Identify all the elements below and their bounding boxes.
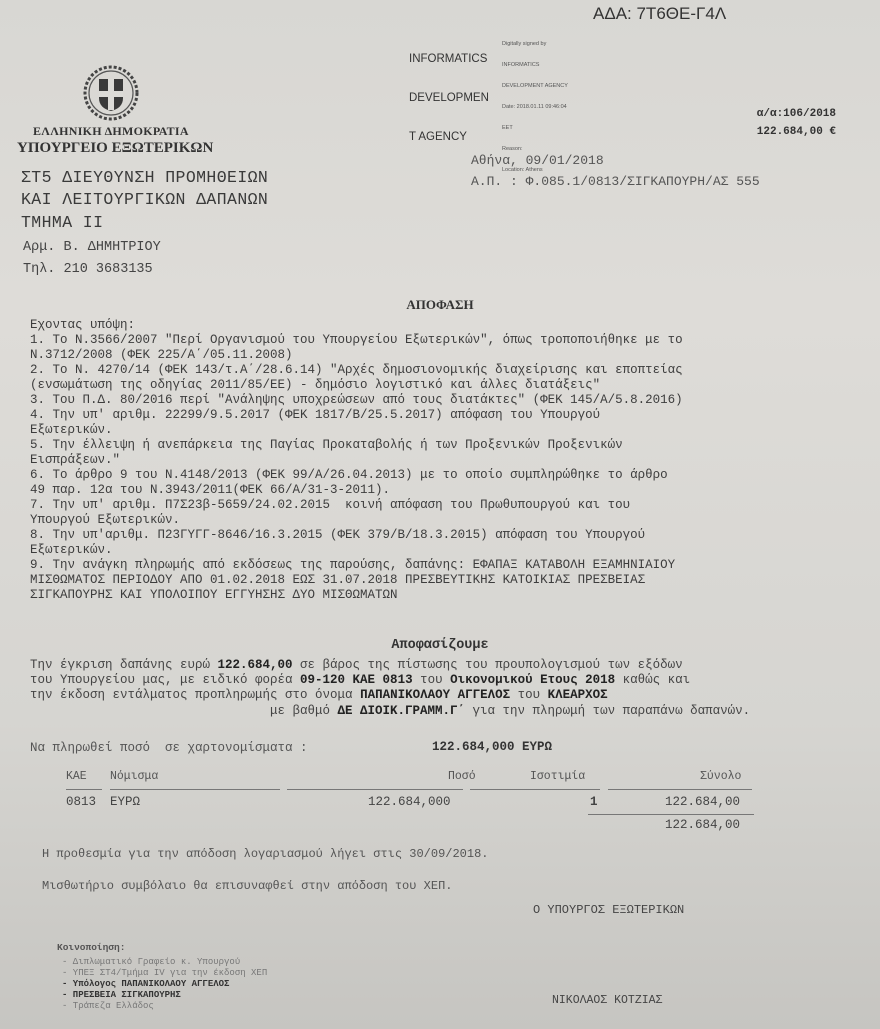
place-date: Αθήνα, 09/01/2018 bbox=[471, 153, 604, 168]
contract-note: Μισθωτήριο συμβόλαιο θα επισυναφθεί στην… bbox=[42, 879, 452, 893]
grand-total: 122.684,00 bbox=[665, 818, 740, 832]
consideration-line: 49 παρ. 12α του Ν.3943/2011(ΦΕΚ 66/Α/31-… bbox=[30, 483, 683, 498]
consideration-line: Εξωτερικών. bbox=[30, 423, 683, 438]
signature-meta-line: DEVELOPMENT AGENCY bbox=[502, 83, 568, 90]
consideration-line: 6. Το άρθρο 9 του Ν.4148/2013 (ΦΕΚ 99/Α/… bbox=[30, 468, 683, 483]
cell-total: 122.684,00 bbox=[665, 795, 740, 809]
consideration-line: ΜΙΣΘΩΜΑΤΟΣ ΠΕΡΙΟΔΟΥ ΑΠΟ 01.02.2018 ΕΩΣ 3… bbox=[30, 573, 683, 588]
consideration-line: 2. Το Ν. 4270/14 (ΦΕΚ 143/τ.Α΄/28.6.14) … bbox=[30, 363, 683, 378]
approved-amount: 122.684,00 bbox=[218, 658, 293, 672]
header-divider bbox=[66, 789, 102, 790]
cc-list: - Διπλωματικό Γραφείο κ. Υπουργού- ΥΠΕΞ … bbox=[62, 957, 267, 1012]
budget-carrier: 09-120 ΚΑΕ 0813 bbox=[300, 673, 413, 687]
signer-line: INFORMATICS bbox=[409, 53, 489, 66]
cc-recipient: - Διπλωματικό Γραφείο κ. Υπουργού bbox=[62, 957, 267, 968]
signer-line: DEVELOPMEN bbox=[409, 92, 489, 105]
text: καθώς και bbox=[615, 673, 690, 687]
text: του Υπουργείου μας, με ειδικό φορέα bbox=[30, 673, 300, 687]
column-header-total: Σύνολο bbox=[700, 770, 741, 783]
resolution-title: Αποφασίζουμε bbox=[0, 638, 880, 653]
text: την έκδοση εντάλματος προπληρωμής στο όν… bbox=[30, 688, 360, 702]
cell-amount: 122.684,000 bbox=[368, 795, 451, 809]
cc-recipient: - Υπόλογος ΠΑΠΑΝΙΚΟΛΑΟΥ ΑΓΓΕΛΟΣ bbox=[62, 979, 267, 990]
cell-kae: 0813 bbox=[66, 795, 96, 809]
text: Την έγκριση δαπάνης ευρώ bbox=[30, 658, 218, 672]
ministry-name: ΥΠΟΥΡΓΕΙΟ ΕΞΩΤΕΡΙΚΩΝ bbox=[17, 140, 213, 157]
text: του bbox=[510, 688, 548, 702]
consideration-line: Ν.3712/2008 (ΦΕΚ 225/Α΄/05.11.2008) bbox=[30, 348, 683, 363]
cell-rate: 1 bbox=[590, 795, 598, 809]
signature-meta-line: Reason: bbox=[502, 146, 568, 153]
column-header-currency: Νόμισμα bbox=[110, 770, 158, 783]
column-header-rate: Ισοτιμία bbox=[530, 770, 585, 783]
header-divider bbox=[470, 789, 600, 790]
payee-name: ΠΑΠΑΝΙΚΟΛΑΟΥ ΑΓΓΕΛΟΣ bbox=[360, 688, 510, 702]
cc-title: Κοινοποίηση: bbox=[57, 942, 125, 953]
payment-amount: 122.684,000 ΕΥΡΩ bbox=[432, 740, 552, 754]
text: με βαθμό bbox=[270, 704, 338, 718]
signature-meta-line: Digitally signed by bbox=[502, 41, 568, 48]
header-divider bbox=[110, 789, 280, 790]
payee-father-name: ΚΛΕΑΡΧΟΣ bbox=[548, 688, 608, 702]
signature-meta-line: INFORMATICS bbox=[502, 62, 568, 69]
republic-name: ΕΛΛΗΝΙΚΗ ΔΗΜΟΚΡΑΤΙΑ bbox=[33, 124, 189, 139]
text: για την πληρωμή των παραπάνω δαπανών. bbox=[465, 704, 750, 718]
phone-number: Τηλ. 210 3683135 bbox=[23, 262, 153, 277]
consideration-line: Εισπράξεων." bbox=[30, 453, 683, 468]
payment-label: Να πληρωθεί ποσό σε χαρτονομίσματα : bbox=[30, 741, 308, 755]
considering-label: Εχοντας υπόψη: bbox=[30, 318, 135, 333]
cc-recipient: - Τράπεζα Ελλάδος bbox=[62, 1001, 267, 1012]
consideration-line: Υπουργού Εξωτερικών. bbox=[30, 513, 683, 528]
consideration-line: (ενσωμάτωση της οδηγίας 2011/85/ΕΕ) - δη… bbox=[30, 378, 683, 393]
consideration-line: ΣΙΓΚΑΠΟΥΡΗΣ ΚΑΙ ΥΠΟΛΟΙΠΟΥ ΕΓΓΥΗΣΗΣ ΔΥΟ Μ… bbox=[30, 588, 683, 603]
protocol-number: Α.Π. : Φ.085.1/0813/ΣΙΓΚΑΠΟΥΡΗ/ΑΣ 555 bbox=[471, 174, 760, 189]
decision-title: ΑΠΟΦΑΣΗ bbox=[0, 297, 880, 313]
signature-meta-line: EET bbox=[502, 125, 568, 132]
resolution-line: την έκδοση εντάλματος προπληρωμής στο όν… bbox=[30, 688, 608, 702]
responsible-officer: Αρμ. Β. ΔΗΜΗΤΡΙΟΥ bbox=[23, 240, 161, 255]
consideration-line: 3. Του Π.Δ. 80/2016 περί "Ανάληψης υποχρ… bbox=[30, 393, 683, 408]
resolution-line: με βαθμό ΔΕ ΔΙΟΙΚ.ΓΡΑΜΜ.Γ΄ για την πληρω… bbox=[270, 704, 750, 718]
resolution-line: Την έγκριση δαπάνης ευρώ 122.684,00 σε β… bbox=[30, 658, 683, 672]
consideration-line: 4. Την υπ' αριθμ. 22299/9.5.2017 (ΦΕΚ 18… bbox=[30, 408, 683, 423]
column-header-amount: Ποσό bbox=[448, 770, 476, 783]
fiscal-year: Οικονομικού Ετους 2018 bbox=[450, 673, 615, 687]
minister-name: ΝΙΚΟΛΑΟΣ ΚΟΤΖΙΑΣ bbox=[552, 994, 662, 1007]
ada-code: ΑΔΑ: 7Τ6ΘΕ-Γ4Λ bbox=[593, 4, 726, 24]
text: του bbox=[413, 673, 451, 687]
consideration-line: 8. Την υπ'αριθμ. Π23ΓΥΓΓ-8646/16.3.2015 … bbox=[30, 528, 683, 543]
consideration-line: 9. Την ανάγκη πληρωμής από εκδόσεως της … bbox=[30, 558, 683, 573]
minister-title: Ο ΥΠΟΥΡΓΟΣ ΕΞΩΤΕΡΙΚΩΝ bbox=[533, 903, 684, 917]
deadline-note: Η προθεσμία για την απόδοση λογαριασμού … bbox=[42, 847, 488, 861]
department-line: ΚΑΙ ΛΕΙΤΟΥΡΓΙΚΩΝ ΔΑΠΑΝΩΝ bbox=[21, 190, 268, 209]
department-line: ΤΜΗΜΑ ΙΙ bbox=[21, 213, 103, 232]
signature-meta-line: Location: Athens bbox=[502, 167, 568, 174]
header-divider bbox=[608, 789, 752, 790]
header-divider bbox=[287, 789, 463, 790]
header-amount: 122.684,00 € bbox=[757, 126, 836, 138]
department-line: ΣΤ5 ΔΙΕΥΘΥΝΣΗ ΠΡΟΜΗΘΕΙΩΝ bbox=[21, 168, 268, 187]
serial-number: α/α:106/2018 bbox=[757, 108, 836, 120]
digital-signer-name: INFORMATICS DEVELOPMEN T AGENCY bbox=[409, 27, 489, 157]
cc-recipient: - ΠΡΕΣΒΕΙΑ ΣΙΓΚΑΠΟΥΡΗΣ bbox=[62, 990, 267, 1001]
text: σε βάρος της πίστωσης του προυπολογισμού… bbox=[293, 658, 683, 672]
consideration-line: Εξωτερικών. bbox=[30, 543, 683, 558]
considerations-list: 1. Το Ν.3566/2007 "Περί Οργανισμού του Υ… bbox=[30, 333, 683, 603]
cell-currency: ΕΥΡΩ bbox=[110, 795, 140, 809]
signer-line: T AGENCY bbox=[409, 131, 489, 144]
payee-grade: ΔΕ ΔΙΟΙΚ.ΓΡΑΜΜ.Γ΄ bbox=[338, 704, 466, 718]
coat-of-arms-icon bbox=[82, 64, 140, 122]
cc-recipient: - ΥΠΕΞ ΣΤ4/Τμήμα IV για την έκδοση ΧΕΠ bbox=[62, 968, 267, 979]
signature-meta-line: Date: 2018.01.11 09:46:04 bbox=[502, 104, 568, 111]
consideration-line: 1. Το Ν.3566/2007 "Περί Οργανισμού του Υ… bbox=[30, 333, 683, 348]
resolution-line: του Υπουργείου μας, με ειδικό φορέα 09-1… bbox=[30, 673, 690, 687]
column-header-kae: ΚΑΕ bbox=[66, 770, 87, 783]
consideration-line: 5. Την έλλειψη ή ανεπάρκεια της Παγίας Π… bbox=[30, 438, 683, 453]
consideration-line: 7. Την υπ' αριθμ. Π7Σ23β-5659/24.02.2015… bbox=[30, 498, 683, 513]
total-divider bbox=[588, 814, 754, 815]
